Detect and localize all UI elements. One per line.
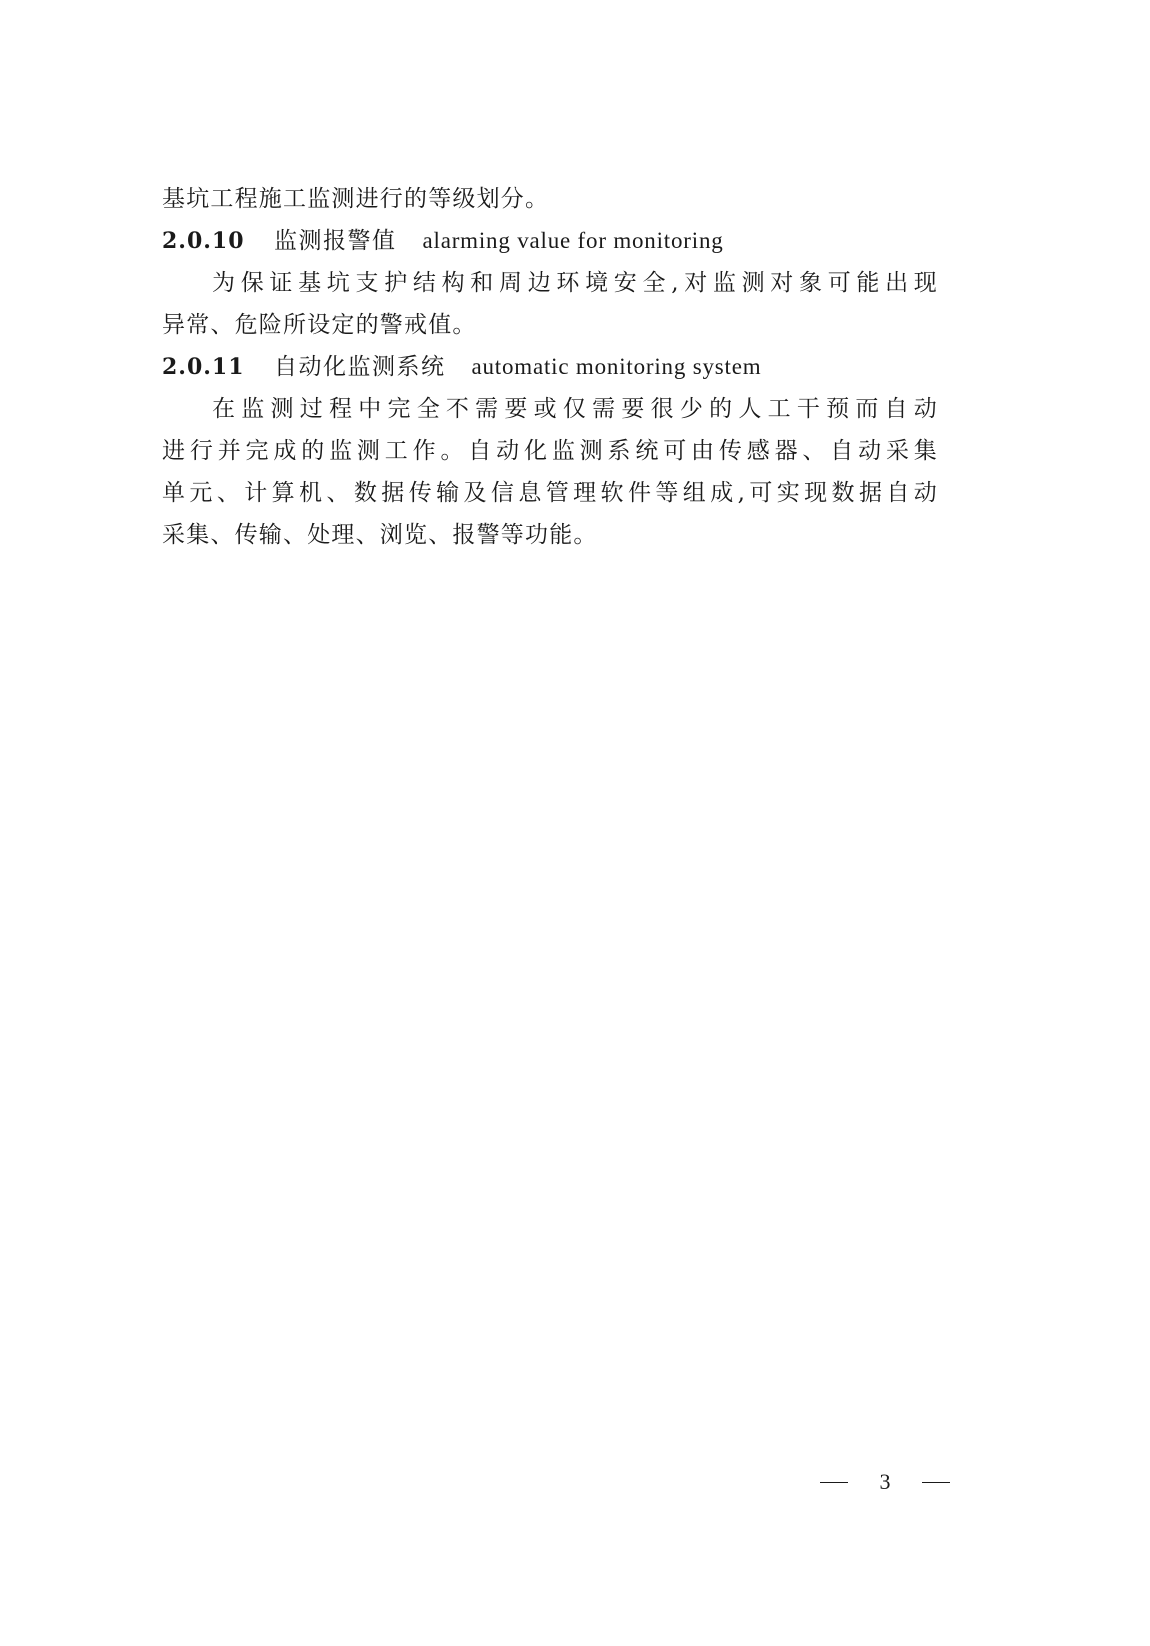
page-number-footer: 3 [820, 1466, 950, 1498]
continuation-text: 基坑工程施工监测进行的等级划分。 [162, 178, 938, 220]
page-content: 基坑工程施工监测进行的等级划分。 2.0.10 监测报警值 alarming v… [162, 178, 938, 556]
term-chinese: 监测报警值 [274, 220, 397, 262]
term-english: automatic monitoring system [472, 346, 762, 388]
term-chinese: 自动化监测系统 [274, 346, 446, 388]
dash-right [922, 1482, 950, 1483]
definition-line: 异常、危险所设定的警戒值。 [162, 304, 938, 346]
clause-number: 2.0.11 [162, 346, 274, 388]
definition-line: 在监测过程中完全不需要或仅需要很少的人工干预而自动 [162, 388, 938, 430]
clause-heading-2-0-10: 2.0.10 监测报警值 alarming value for monitori… [162, 220, 938, 262]
definition-line: 单元、计算机、数据传输及信息管理软件等组成,可实现数据自动 [162, 472, 938, 514]
definition-line: 为保证基坑支护结构和周边环境安全,对监测对象可能出现 [162, 262, 938, 304]
document-page: 基坑工程施工监测进行的等级划分。 2.0.10 监测报警值 alarming v… [0, 0, 1150, 1646]
clause-number: 2.0.10 [162, 220, 274, 262]
clause-heading-2-0-11: 2.0.11 自动化监测系统 automatic monitoring syst… [162, 346, 938, 388]
dash-left [820, 1482, 848, 1483]
page-number: 3 [880, 1469, 891, 1495]
definition-line: 进行并完成的监测工作。自动化监测系统可由传感器、自动采集 [162, 430, 938, 472]
definition-line: 采集、传输、处理、浏览、报警等功能。 [162, 514, 938, 556]
term-english: alarming value for monitoring [423, 220, 724, 262]
